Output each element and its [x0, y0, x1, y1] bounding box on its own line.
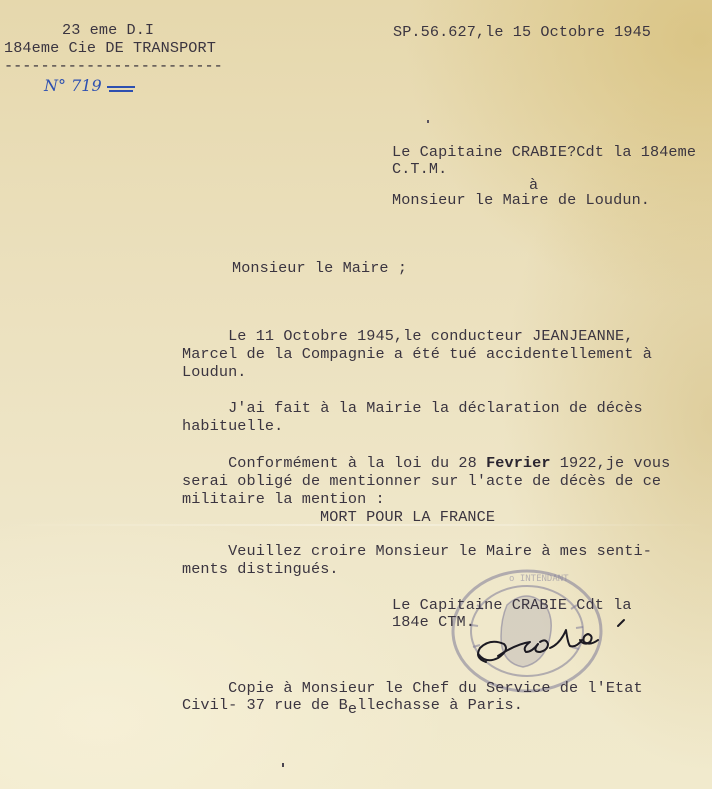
sender-line-1: Le Capitaine CRABIE?Cdt la 184eme	[392, 143, 696, 161]
strikethrough-mark	[107, 81, 135, 91]
handwritten-reference-number: N° 719	[44, 76, 135, 95]
mort-pour-la-france-mention: MORT POUR LA FRANCE	[320, 508, 495, 526]
postal-sector-date: SP.56.627,le 15 Octobre 1945	[393, 23, 651, 41]
paragraph-1-line-1: Le 11 Octobre 1945,le conducteur JEANJEA…	[182, 327, 634, 345]
paragraph-3-line-2: serai obligé de mentionner sur l'acte de…	[182, 472, 661, 490]
copy-note-line-2: Civil- 37 rue de Bellechasse à Paris.	[182, 696, 523, 714]
handwritten-signature-icon	[468, 610, 633, 680]
salutation: Monsieur le Maire ;	[232, 259, 407, 277]
copy-note-line-1: Copie à Monsieur le Chef du Service de l…	[182, 679, 643, 697]
bold-month: Fevrier	[486, 454, 551, 472]
paragraph-2-line-2: habituelle.	[182, 417, 283, 435]
closing-line-1: Veuillez croire Monsieur le Maire à mes …	[182, 542, 652, 560]
paragraph-1-line-2: Marcel de la Compagnie a été tué acciden…	[182, 345, 652, 363]
ink-speck	[282, 763, 284, 767]
paragraph-3-line-1: Conformément à la loi du 28 Fevrier 1922…	[182, 454, 670, 472]
svg-text:o INTENDANT: o INTENDANT	[509, 574, 569, 584]
header-separator: ------------------------	[4, 57, 223, 75]
paragraph-1-line-3: Loudun.	[182, 363, 247, 381]
signature-block-line-2: 184e CTM.	[392, 613, 475, 631]
paragraph-2-line-1: J'ai fait à la Mairie la déclaration de …	[182, 399, 643, 417]
sender-line-2: C.T.M.	[392, 160, 447, 178]
ink-speck	[427, 120, 429, 123]
closing-line-2: ments distingués.	[182, 560, 339, 578]
recipient-line: Monsieur le Maire de Loudun.	[392, 191, 650, 209]
subscript-typo-letter: e	[348, 700, 357, 718]
division-label: 23 eme D.I	[62, 21, 154, 39]
company-label: 184eme Cie DE TRANSPORT	[4, 39, 216, 57]
paragraph-3-line-3: militaire la mention :	[182, 490, 385, 508]
